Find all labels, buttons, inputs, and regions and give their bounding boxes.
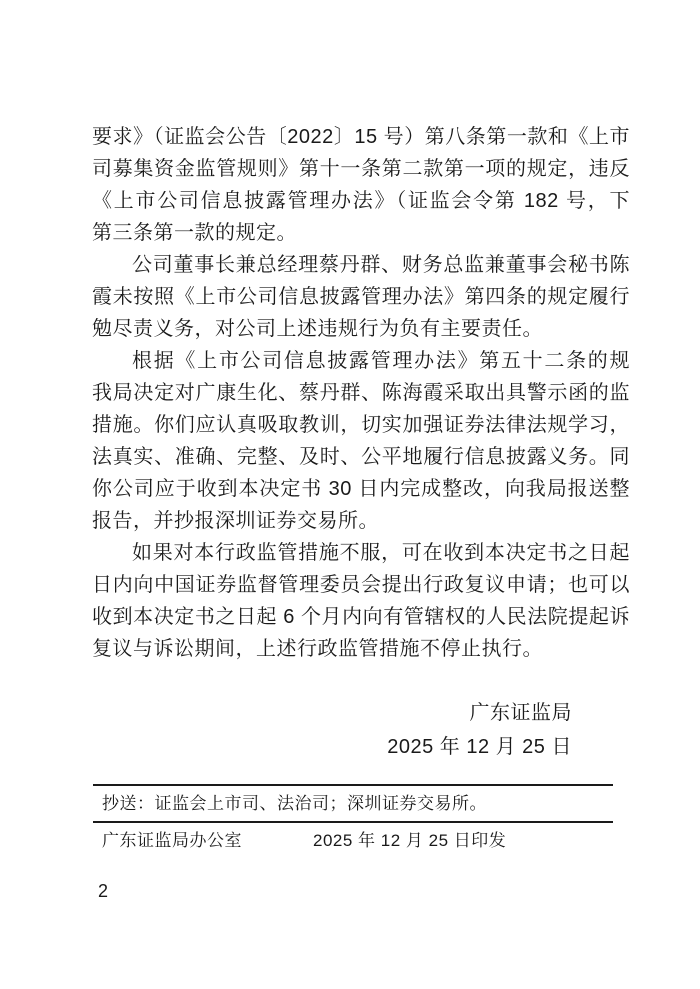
text-line: 收到本决定书之日起 6 个月内向有管辖权的人民法院提起诉讼。	[92, 601, 630, 633]
text-line: 措施。你们应认真吸取教训，切实加强证券法律法规学习，依	[92, 409, 630, 441]
signature-block: 广东证监局 2025 年 12 月 25 日	[92, 697, 630, 765]
footer-rule-bottom	[93, 821, 613, 823]
text-line: 《上市公司信息披露管理办法》（证监会令第 182 号，下同）	[92, 185, 630, 217]
paragraph: 根据《上市公司信息披露管理办法》第五十二条的规定， 我局决定对广康生化、蔡丹群、…	[92, 345, 630, 537]
text-line: 如果对本行政监管措施不服，可在收到本决定书之日起 60	[92, 537, 630, 569]
text-line: 复议与诉讼期间，上述行政监管措施不停止执行。	[92, 633, 630, 665]
footer-rule-top	[93, 784, 613, 786]
print-date: 2025 年 12 月 25 日印发	[313, 829, 506, 853]
text-line: 公司董事长兼总经理蔡丹群、财务总监兼董事会秘书陈海	[92, 249, 630, 281]
paragraph: 如果对本行政监管措施不服，可在收到本决定书之日起 60 日内向中国证券监督管理委…	[92, 537, 630, 665]
text-line: 勉尽责义务，对公司上述违规行为负有主要责任。	[92, 313, 630, 345]
paragraph: 公司董事长兼总经理蔡丹群、财务总监兼董事会秘书陈海 霞未按照《上市公司信息披露管…	[92, 249, 630, 345]
document-body: 要求》（证监会公告〔2022〕15 号）第八条第一款和《上市公 司募集资金监管规…	[92, 121, 630, 765]
text-line: 我局决定对广康生化、蔡丹群、陈海霞采取出具警示函的监管	[92, 377, 630, 409]
text-line: 第三条第一款的规定。	[92, 217, 630, 249]
text-line: 日内向中国证券监督管理委员会提出行政复议申请；也可以在	[92, 569, 630, 601]
signature-agency: 广东证监局	[92, 697, 572, 729]
issuer-office: 广东证监局办公室	[102, 829, 242, 853]
document-page: 要求》（证监会公告〔2022〕15 号）第八条第一款和《上市公 司募集资金监管规…	[0, 0, 700, 989]
page-number: 2	[98, 879, 108, 903]
text-line: 司募集资金监管规则》第十一条第二款第一项的规定，违反了	[92, 153, 630, 185]
cc-line: 抄送：证监会上市司、法治司；深圳证券交易所。	[102, 792, 613, 816]
paragraph: 要求》（证监会公告〔2022〕15 号）第八条第一款和《上市公 司募集资金监管规…	[92, 121, 630, 249]
signature-date: 2025 年 12 月 25 日	[92, 729, 572, 765]
text-line: 法真实、准确、完整、及时、公平地履行信息披露义务。同时	[92, 441, 630, 473]
text-line: 你公司应于收到本决定书 30 日内完成整改，向我局报送整改	[92, 473, 630, 505]
issuer-row: 广东证监局办公室 2025 年 12 月 25 日印发	[102, 829, 613, 853]
text-line: 要求》（证监会公告〔2022〕15 号）第八条第一款和《上市公	[92, 121, 630, 153]
text-line: 报告，并抄报深圳证券交易所。	[92, 505, 630, 537]
text-line: 根据《上市公司信息披露管理办法》第五十二条的规定，	[92, 345, 630, 377]
text-line: 霞未按照《上市公司信息披露管理办法》第四条的规定履行勤	[92, 281, 630, 313]
